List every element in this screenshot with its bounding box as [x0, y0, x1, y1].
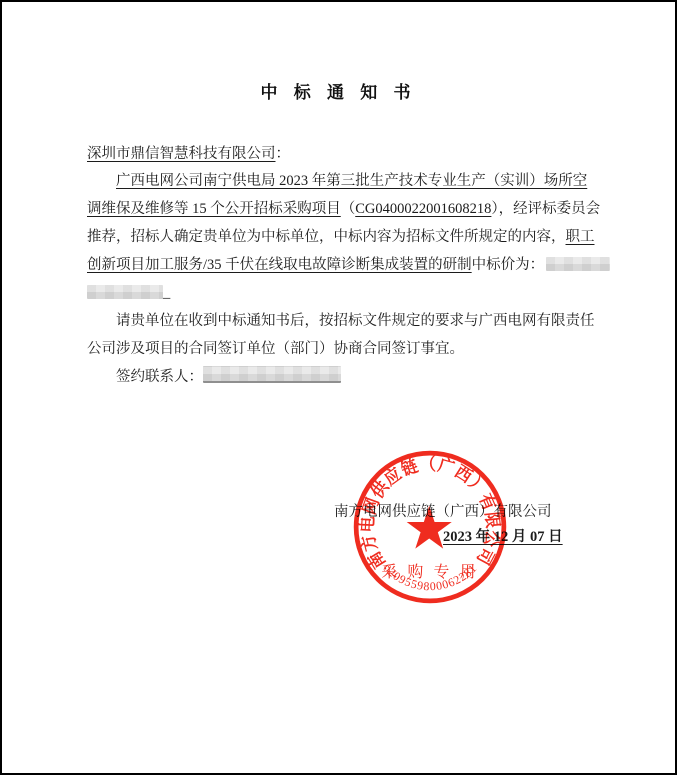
body-line-4: 创新项目加工服务/35 千伏在线取电故障诊断集成装置的研制中标价为：: [87, 251, 599, 279]
redacted-price: [546, 257, 610, 271]
award-content-part2: 创新项目加工服务/35 千伏在线取电故障诊断集成装置的研制: [87, 257, 472, 273]
recipient-colon: ：: [276, 146, 291, 162]
redacted-price-continued: [87, 285, 163, 299]
contact-label: 签约联系人：: [116, 369, 203, 385]
body-text: 广西电网公司南宁供电局 2023 年第三批生产技术专业生产（实训）场所空 调维保…: [87, 167, 599, 391]
price-underscore: _: [163, 285, 170, 301]
body-line-2: 调维保及维修等 15 个公开招标采购项目（CG0400022001608218）…: [87, 195, 599, 223]
body-line-7: 公司涉及项目的合同签订单位（部门）协商合同签订事宜。: [87, 335, 599, 363]
body-line-1: 广西电网公司南宁供电局 2023 年第三批生产技术专业生产（实训）场所空: [87, 167, 599, 195]
project-name-part2: 调维保及维修等 15 个公开招标采购项目: [87, 201, 341, 217]
instruction-part2: 公司涉及项目的合同签订单位（部门）协商合同签订事宜。: [87, 341, 464, 357]
price-label: 中标价为：: [472, 257, 545, 273]
instruction-part1: 请贵单位在收到中标通知书后，按招标文件规定的要求与广西电网有限责任: [116, 313, 595, 329]
seal-star-icon: [407, 506, 452, 549]
recipient-line: 深圳市鼎信智慧科技有限公司：: [87, 142, 290, 163]
body-line-2-tail: ），经评标委员会: [491, 201, 600, 217]
recipient-name: 深圳市鼎信智慧科技有限公司: [87, 146, 276, 162]
document-page: 中 标 通 知 书 深圳市鼎信智慧科技有限公司： 广西电网公司南宁供电局 202…: [0, 0, 677, 775]
body-line-3: 推荐，招标人确定贵单位为中标单位，中标内容为招标文件所规定的内容，职工: [87, 223, 599, 251]
body-line-6: 请贵单位在收到中标通知书后，按招标文件规定的要求与广西电网有限责任: [87, 307, 599, 335]
project-name-part1: 广西电网公司南宁供电局 2023 年第三批生产技术专业生产（实训）场所空: [116, 173, 587, 189]
notice-title: 中 标 通 知 书: [2, 78, 675, 103]
project-number: CG0400022001608218: [355, 201, 491, 217]
award-content-part1: 职工: [566, 229, 595, 245]
body-line-5: _: [87, 279, 599, 307]
contact-line: 签约联系人：: [87, 363, 599, 391]
redacted-contact: [203, 366, 341, 383]
award-statement: 推荐，招标人确定贵单位为中标单位，中标内容为招标文件所规定的内容，: [87, 229, 566, 245]
paren-open: （: [341, 201, 356, 217]
company-seal: 南方电网供应链（广西）有限公司 采 购 专 用 0209559800062281: [351, 448, 509, 606]
